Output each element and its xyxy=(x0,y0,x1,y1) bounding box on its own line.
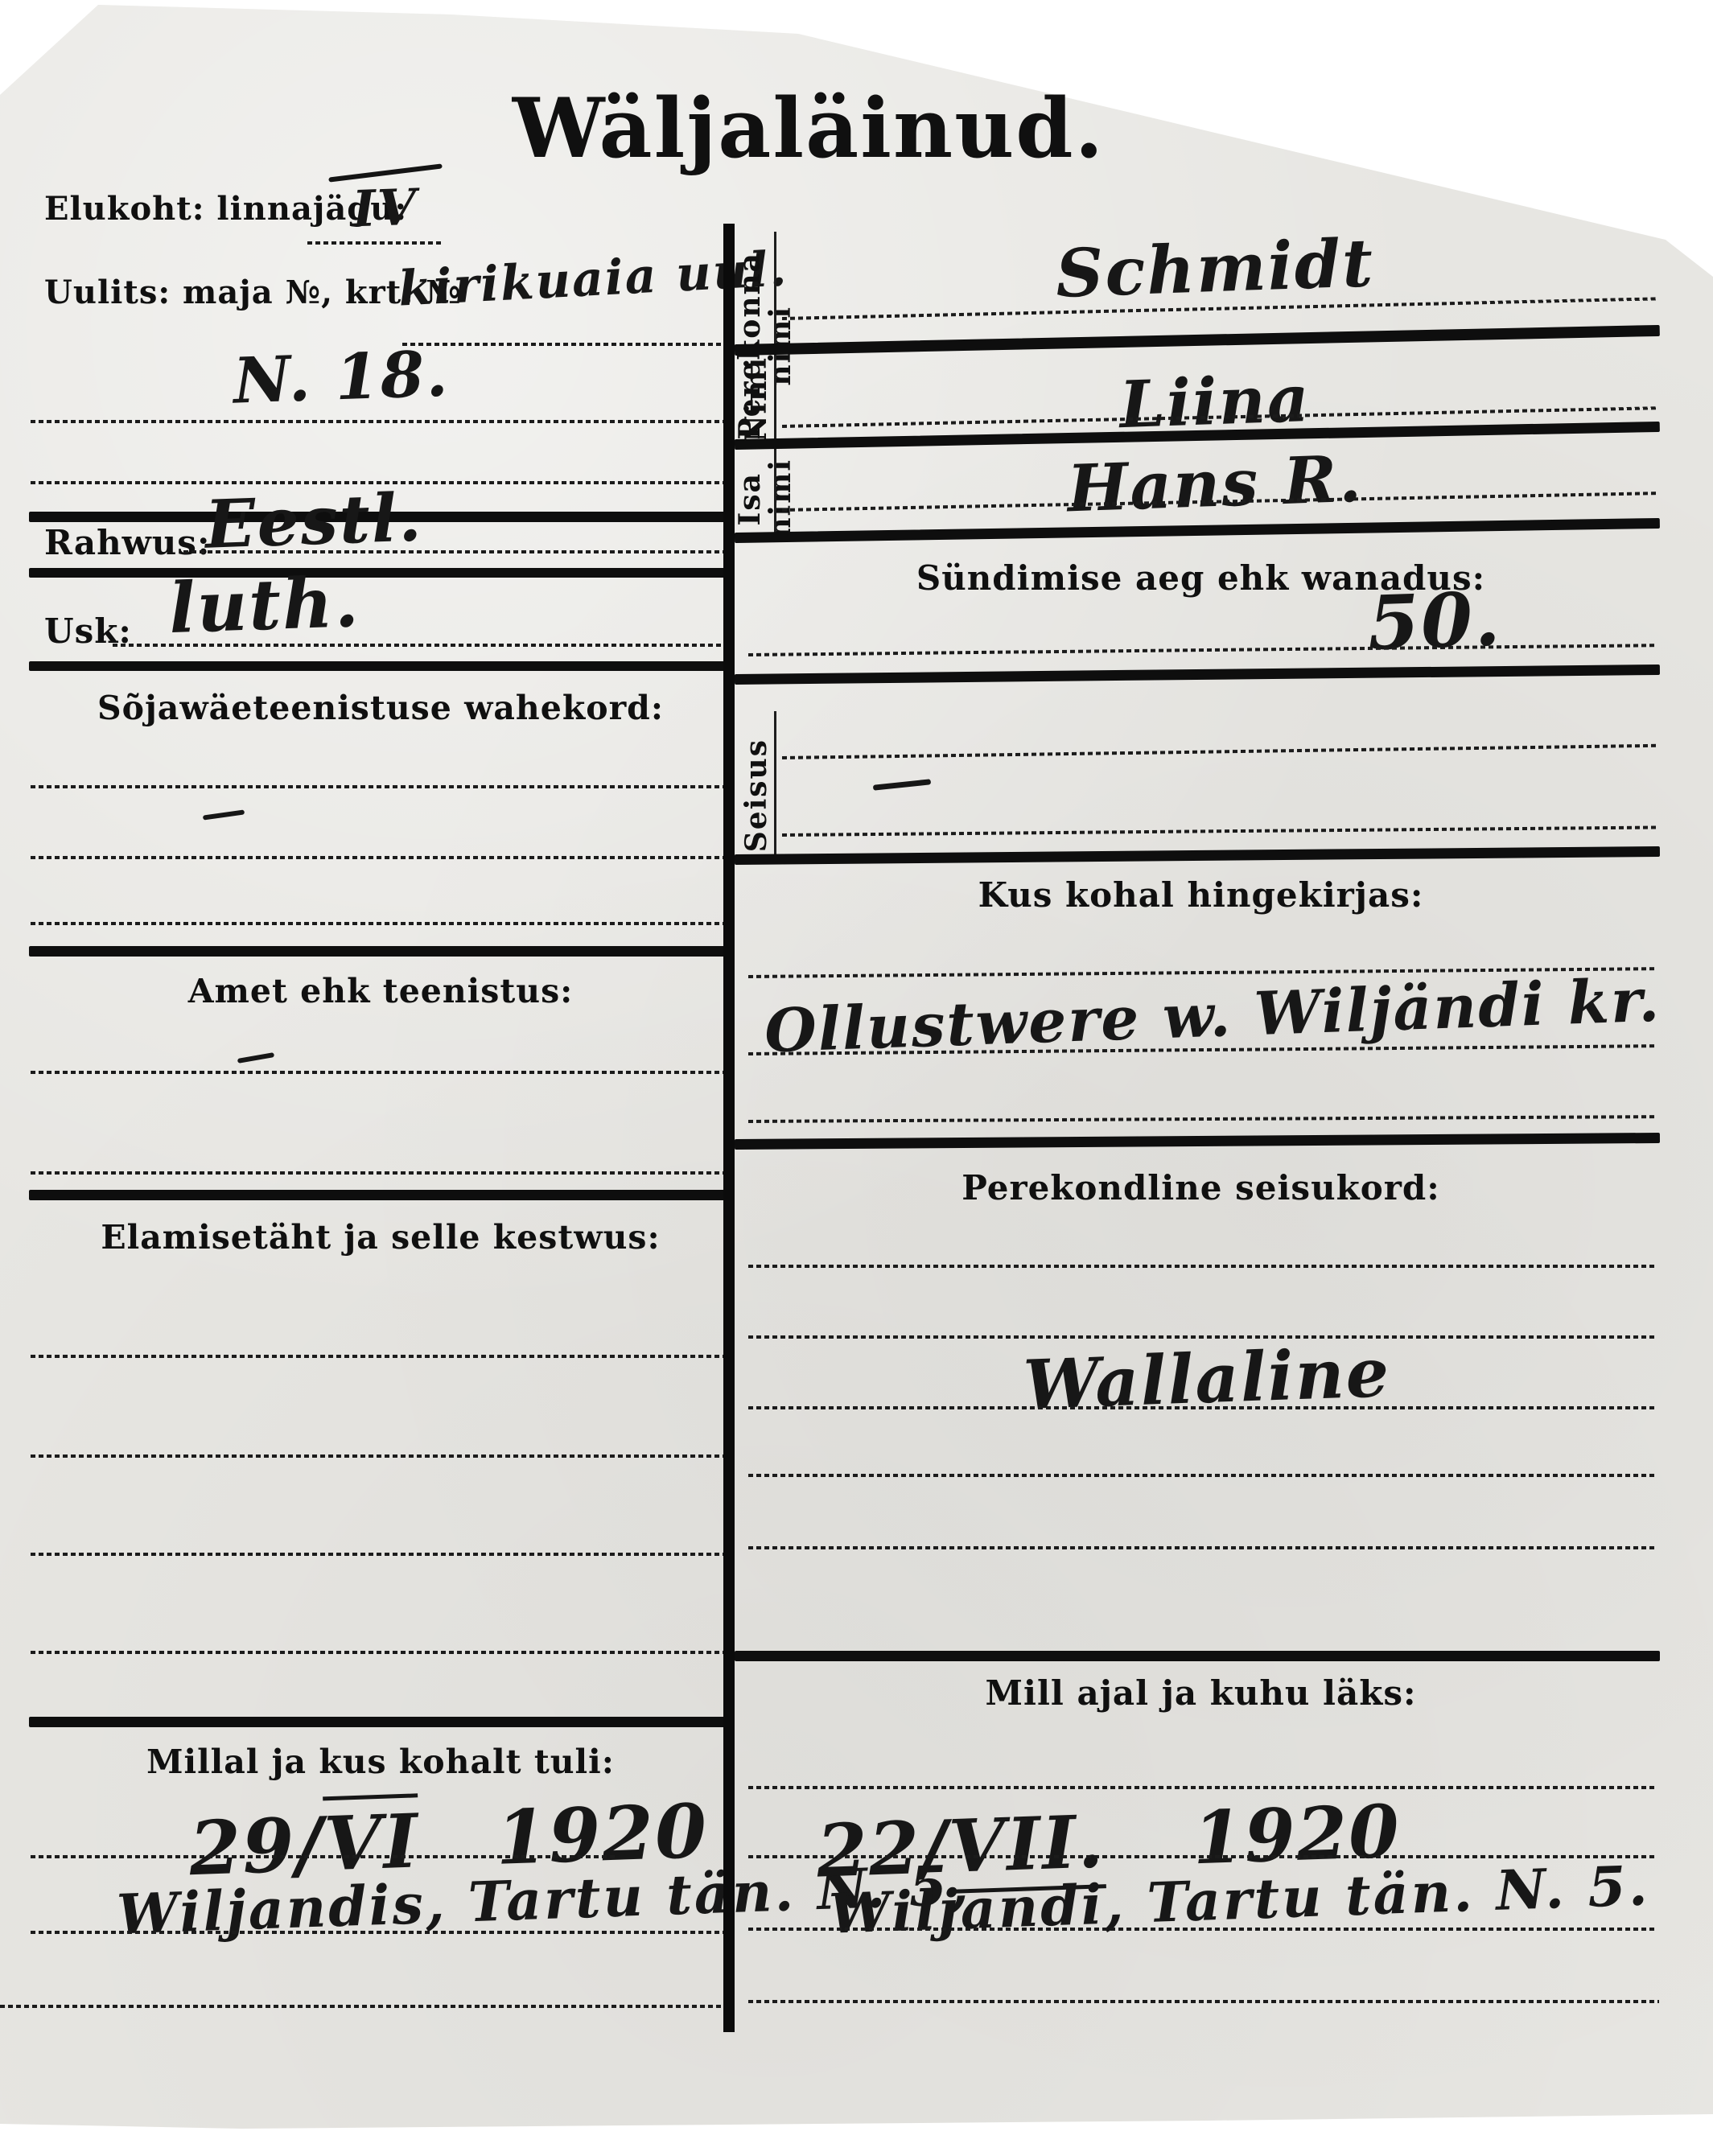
scanned-registration-card: Wäljaläinud. Elukoht: linnajägu: IV Uuli… xyxy=(0,0,1713,2156)
parish-register-label: Kus kohal hingekirjas: xyxy=(744,875,1657,915)
dotted-rule xyxy=(748,1546,1657,1549)
field-separator xyxy=(774,452,776,541)
dotted-rule xyxy=(748,1928,1657,1931)
nationality-label: Rahwus: xyxy=(44,523,210,562)
page-title: Wäljaläinud. xyxy=(455,80,1163,177)
occupation-label: Amet ehk teenistus: xyxy=(28,972,733,1010)
family-status-label: Perekondline seisukord: xyxy=(744,1168,1657,1208)
dotted-rule xyxy=(307,241,444,245)
religion-value: luth. xyxy=(167,562,361,649)
heavy-rule xyxy=(29,568,734,578)
heavy-rule xyxy=(29,1717,734,1727)
dotted-rule xyxy=(31,1651,731,1654)
dotted-rule xyxy=(31,1931,732,1934)
dotted-rule xyxy=(748,1406,1657,1409)
arrival-label: Millal ja kus kohalt tuli: xyxy=(28,1742,733,1781)
heavy-rule xyxy=(29,1190,734,1200)
residence-permit-label: Elamisetäht ja selle kestwus: xyxy=(28,1218,733,1257)
dotted-rule xyxy=(402,343,731,346)
dotted-rule xyxy=(748,1786,1657,1789)
field-separator xyxy=(774,711,776,862)
age-value: 50. xyxy=(1366,575,1503,667)
dotted-rule xyxy=(31,1071,731,1074)
dotted-rule xyxy=(31,856,731,859)
house-number-value: N. 18. xyxy=(232,337,450,418)
birth-age-label: Sündimise aeg ehk wanadus: xyxy=(744,558,1657,598)
dotted-rule xyxy=(31,922,731,925)
district-value: IV xyxy=(352,178,419,239)
status-label: Seisus xyxy=(742,719,772,872)
dotted-rule xyxy=(748,1265,1657,1268)
heavy-rule xyxy=(29,661,734,671)
field-separator xyxy=(774,356,776,438)
dotted-rule xyxy=(748,1474,1657,1477)
dotted-rule xyxy=(748,2000,1659,2003)
dotted-rule xyxy=(31,1454,731,1458)
dotted-rule xyxy=(183,550,731,553)
dotted-rule xyxy=(31,1553,731,1556)
firstname-label: Nimi xyxy=(742,359,772,439)
dotted-rule xyxy=(0,2005,731,2008)
dotted-rule xyxy=(31,1355,731,1358)
dotted-rule xyxy=(31,1171,731,1175)
departure-label: Mill ajal ja kuhu läks: xyxy=(744,1673,1657,1713)
heavy-rule xyxy=(29,946,734,957)
dotted-rule xyxy=(31,785,731,788)
dotted-rule xyxy=(31,1855,618,1858)
dotted-rule xyxy=(113,644,731,647)
heavy-rule xyxy=(735,1651,1660,1661)
military-service-label: Sõjawäeteenistuse wahekord: xyxy=(28,689,733,727)
dotted-rule xyxy=(31,420,731,423)
